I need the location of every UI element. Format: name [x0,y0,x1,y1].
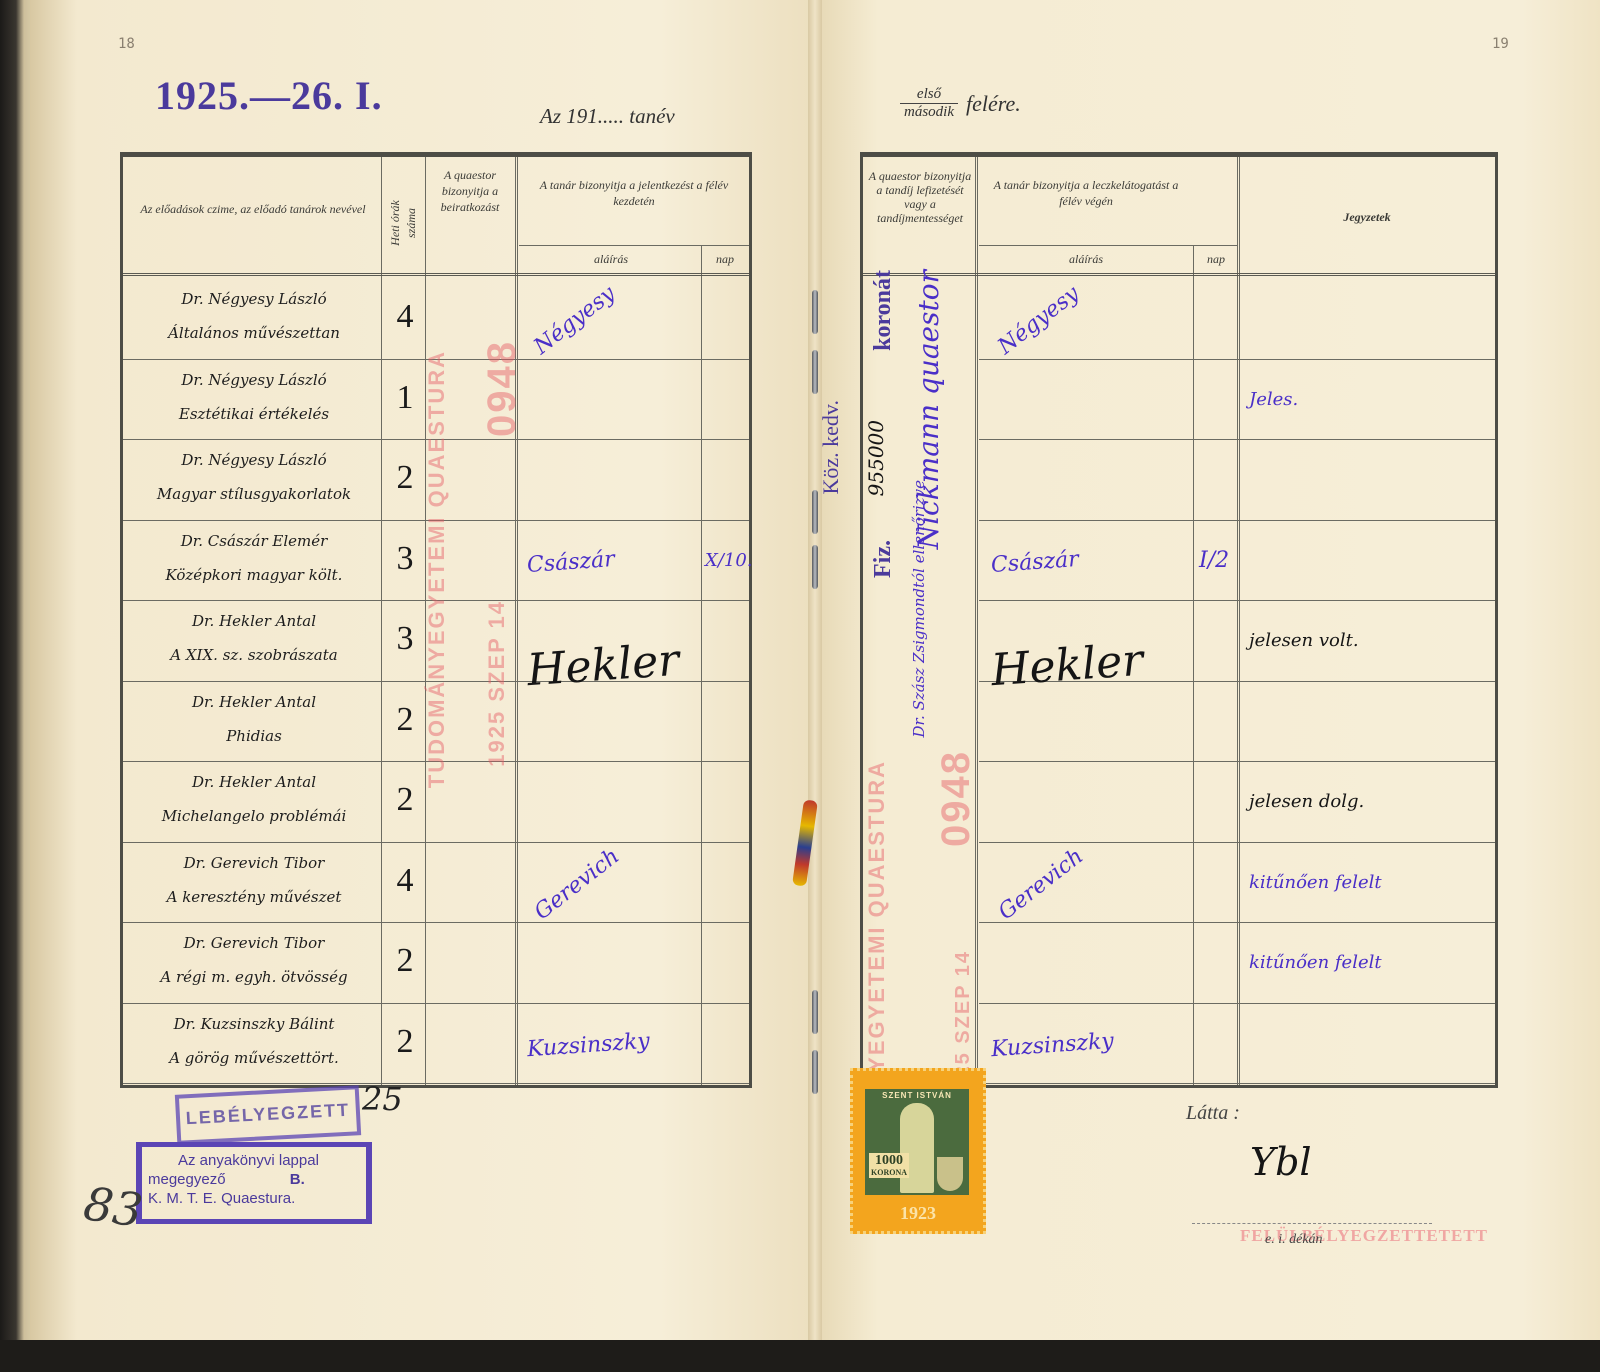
course-row: Dr. Kuzsinszky BálintA görög művészettör… [123,1003,749,1084]
header-teacher-start: A tanár bizonyitja a jelentkezést a félé… [523,177,745,209]
header-day: nap [1195,251,1237,267]
semester-suffix: felére. [966,91,1021,116]
row-divider [979,245,1237,246]
academic-year-title: Az 191..... tanév [540,104,675,129]
quaestura-line-1: Az anyakönyvi lappal [148,1151,360,1170]
course-title: A keresztény művészet [129,880,379,914]
start-signature: Gerevich [530,843,624,924]
header-signature: aláírás [981,251,1191,267]
binding-staple [812,545,818,589]
start-signature: Négyesy [529,281,620,360]
attendance-row: Jeles. [863,359,1495,440]
semester-title: első második felére. [900,86,1021,121]
row-divider [519,245,749,246]
registry-number-right: 0948 [934,750,979,847]
course-cell: Dr. Gerevich TiborA régi m. egyh. ötvöss… [129,926,379,994]
weekly-hours: 2 [385,459,425,497]
quaestura-stamp: Az anyakönyvi lappal megegyező B. K. M. … [136,1142,372,1224]
grade-note: kitűnően felelt [1249,872,1382,893]
course-title: Középkori magyar költ. [129,558,379,592]
book-spine [808,0,822,1350]
semester-second: második [900,104,958,121]
lecturer-name: Dr. Hekler Antal [129,604,379,638]
course-row: Dr. Gerevich TiborA régi m. egyh. ötvöss… [123,922,749,1003]
start-day: X/10. [705,550,753,571]
attendance-row: Négyesy [863,278,1495,359]
binding-staple [812,490,818,534]
course-title: Phidias [129,719,379,753]
weekly-hours: 3 [385,540,425,578]
quaestura-mark: B. [290,1171,305,1188]
revenue-stamp: SZENT ISTVÁN 1000 KORONA 1923 [850,1068,986,1234]
fiz-label: Fiz. [870,540,897,578]
attendance-row [863,439,1495,520]
header-teacher-end: A tanár bizonyitja a leczkelátogatást a … [981,177,1191,209]
bottom-edge [0,1340,1600,1372]
course-cell: Dr. Négyesy LászlóEsztétikai értékelés [129,363,379,431]
kozkedv-stamp: Köz. kedv. [818,400,844,495]
course-title: Általános művészettan [129,316,379,350]
total-hours: 25 [362,1080,403,1118]
dean-signature-line [1192,1223,1432,1224]
attendance-table: A quaestor bizonyitja a tandíj lefizetés… [860,152,1498,1088]
page-number-left: 18 [118,36,135,52]
fiz-amount: 955000 [864,420,888,496]
lebelyegezve-stamp: LEBÉLYEGZETT [175,1085,361,1145]
grade-note: kitűnően felelt [1249,952,1382,973]
coat-of-arms-icon [937,1157,963,1191]
course-title: Esztétikai értékelés [129,397,379,431]
weekly-hours: 2 [385,781,425,819]
exemption-note: Dr. Szász Zsigmondtól ellenőrizve [910,480,928,738]
lecturer-name: Dr. Gerevich Tibor [129,846,379,880]
end-day: I/2 [1199,548,1229,573]
margin-number: 83 [81,1176,146,1238]
header-notes: Jegyzetek [1243,209,1491,225]
course-cell: Dr. Négyesy LászlóÁltalános művészettan [129,282,379,350]
dean-label: e. i. dékán [1265,1232,1323,1248]
course-cell: Dr. Császár ElemérKözépkori magyar költ. [129,524,379,592]
record-book-spread: 18 19 1925.—26. I. Az 191..... tanév els… [0,0,1600,1372]
header-divider [123,273,749,276]
course-row: Dr. Gerevich TiborA keresztény művészet4… [123,842,749,923]
course-title: A régi m. egyh. ötvösség [129,960,379,994]
binding-staple [812,290,818,334]
seen-label: Látta : [1186,1102,1240,1125]
header-quaestor-enrolment: A quaestor bizonyitja a beiratkozást [427,167,513,215]
end-signature: Kuzsinszky [990,1028,1114,1062]
quaestura-line-2: megegyező B. [148,1170,360,1189]
page-number-right: 19 [1492,36,1509,52]
registry-number-left: 0948 [480,340,525,437]
year-stamp: 1925.—26. I. [155,72,383,119]
course-title: Michelangelo problémái [129,799,379,833]
weekly-hours: 1 [385,379,425,417]
lecturer-name: Dr. Hekler Antal [129,685,379,719]
weekly-hours: 2 [385,1023,425,1061]
semester-fraction: első második [900,86,958,121]
lecturer-name: Dr. Császár Elemér [129,524,379,558]
weekly-hours: 2 [385,942,425,980]
revenue-stamp-year: 1923 [853,1203,983,1224]
course-title: Magyar stílusgyakorlatok [129,477,379,511]
lecturer-name: Dr. Négyesy László [129,282,379,316]
weekly-hours: 3 [385,620,425,658]
course-cell: Dr. Kuzsinszky BálintA görög művészettör… [129,1007,379,1075]
binding-staple [812,990,818,1034]
header-quaestor-payment: A quaestor bizonyitja a tandíj lefizetés… [867,169,973,225]
course-cell: Dr. Négyesy LászlóMagyar stílusgyakorlat… [129,443,379,511]
registry-date-left: 1925 SZEP 14 [484,600,510,767]
attendance-row: Gerevichkitűnően felelt [863,842,1495,923]
lecturer-name: Dr. Négyesy László [129,443,379,477]
attendance-row: CsászárI/2 [863,520,1495,601]
header-day: nap [703,251,747,267]
attendance-row: Heklerjelesen volt. [863,600,1495,681]
course-title: A XIX. sz. szobrászata [129,638,379,672]
course-row: Dr. Négyesy LászlóÁltalános művészettan4… [123,278,749,359]
start-signature: Császár [526,546,615,577]
quaestura-line-2-text: megegyező [148,1171,226,1188]
grade-note: jelesen volt. [1249,630,1359,651]
revenue-stamp-header: SZENT ISTVÁN [867,1091,967,1100]
weekly-hours: 4 [385,298,425,336]
registry-stamp-left: TUDOMÁNYEGYETEMI QUAESTURA [424,350,450,788]
revenue-stamp-currency: KORONA [869,1168,909,1178]
end-signature: Császár [990,546,1079,577]
dean-signature: Ybl [1250,1140,1312,1184]
grade-note: Jeles. [1249,389,1298,410]
lecturer-name: Dr. Gerevich Tibor [129,926,379,960]
header-divider [863,273,1495,276]
lecturer-name: Dr. Négyesy László [129,363,379,397]
row-divider [979,1083,1495,1084]
course-cell: Dr. Gerevich TiborA keresztény művészet [129,846,379,914]
lecturer-name: Dr. Kuzsinszky Bálint [129,1007,379,1041]
binding-staple [812,350,818,394]
start-signature: Kuzsinszky [526,1028,650,1062]
revenue-stamp-value: 1000 KORONA [869,1153,909,1178]
weekly-hours: 2 [385,701,425,739]
lecturer-name: Dr. Hekler Antal [129,765,379,799]
semester-first: első [900,86,958,104]
header-course: Az előadások czime, az előadó tanárok ne… [133,201,373,217]
end-signature: Négyesy [993,281,1084,360]
header-signature: aláírás [523,251,699,267]
course-title: A görög művészettört. [129,1041,379,1075]
end-signature: Gerevich [994,843,1088,924]
row-divider [123,1083,749,1084]
saint-figure [900,1103,934,1193]
course-cell: Dr. Hekler AntalPhidias [129,685,379,753]
header-hours: Heti órák száma [387,191,419,255]
revenue-stamp-amount: 1000 [875,1153,903,1168]
quaestura-line-3: K. M. T. E. Quaestura. [148,1189,360,1208]
course-cell: Dr. Hekler AntalMichelangelo problémái [129,765,379,833]
grade-note: jelesen dolg. [1249,791,1364,812]
koronat-label: koronát [870,270,897,351]
weekly-hours: 4 [385,862,425,900]
course-cell: Dr. Hekler AntalA XIX. sz. szobrászata [129,604,379,672]
binding-staple [812,1050,818,1094]
